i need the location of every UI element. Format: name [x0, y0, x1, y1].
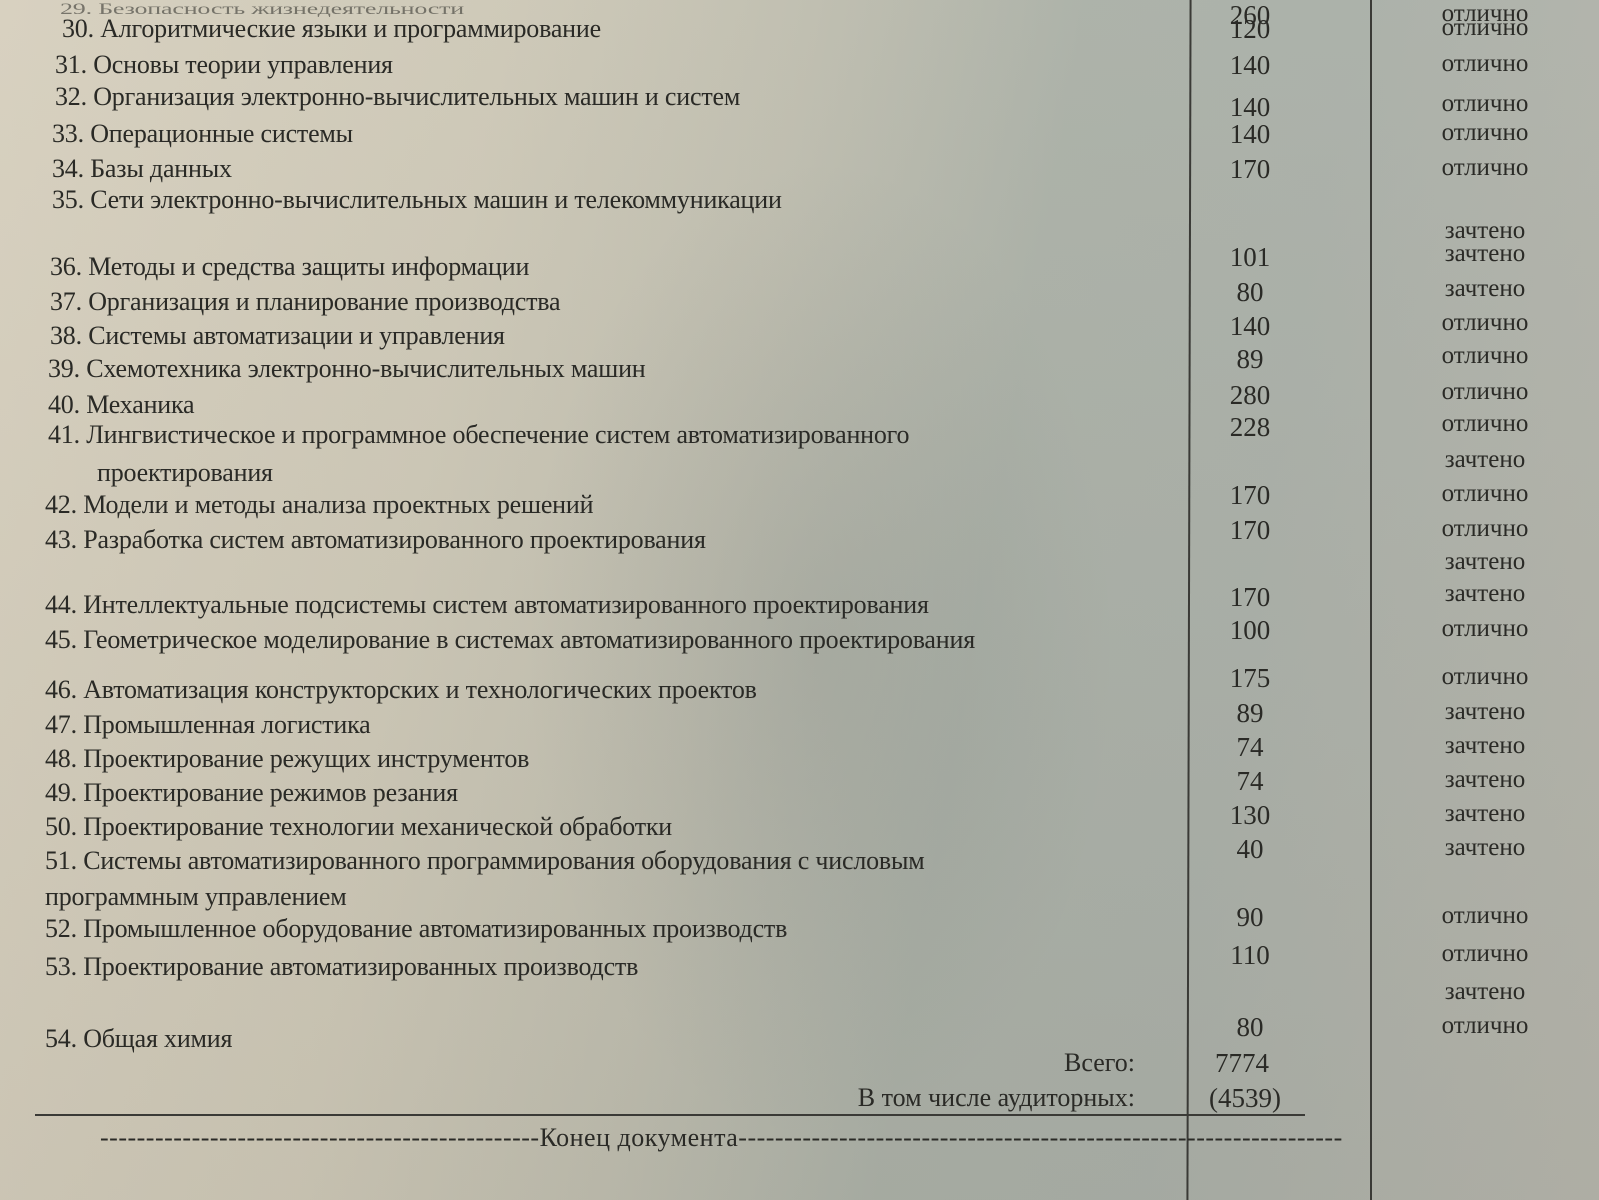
subject-grade: зачтено — [1420, 548, 1550, 576]
subject-hours: 140 — [1190, 311, 1310, 342]
subject-name: 36. Методы и средства защиты информации — [50, 252, 529, 282]
subject-grade: зачтено — [1420, 580, 1550, 608]
subject-grade: зачтено — [1420, 834, 1550, 862]
subject-name: 42. Модели и методы анализа проектных ре… — [45, 490, 593, 520]
subject-name: 35. Сети электронно-вычислительных машин… — [52, 185, 782, 215]
subject-hours: 140 — [1190, 119, 1310, 150]
subject-hours: 100 — [1190, 615, 1310, 646]
subject-hours: 175 — [1190, 663, 1310, 694]
subject-grade: отлично — [1420, 378, 1550, 406]
subject-name: 45. Геометрическое моделирование в систе… — [45, 625, 975, 655]
subject-hours: 40 — [1190, 834, 1310, 865]
subject-name: 51. Системы автоматизированного программ… — [45, 846, 925, 876]
table-row: 48. Проектирование режущих инструментов7… — [0, 744, 1599, 780]
total-label: Всего: — [735, 1048, 1135, 1078]
classroom-hours-label: В том числе аудиторных: — [735, 1083, 1135, 1113]
subject-grade: отлично — [1420, 615, 1550, 643]
subject-grade: отлично — [1420, 410, 1550, 438]
subject-hours: 140 — [1190, 50, 1310, 81]
subject-name: 30. Алгоритмические языки и программиров… — [62, 14, 601, 44]
table-row: 46. Автоматизация конструкторских и техн… — [0, 675, 1599, 711]
table-row: 42. Модели и методы анализа проектных ре… — [0, 490, 1599, 526]
subject-hours: 170 — [1190, 480, 1310, 511]
subject-grade: отлично — [1420, 14, 1550, 42]
subject-hours: 101 — [1190, 242, 1310, 273]
subject-hours: 120 — [1190, 14, 1310, 45]
subject-grade: отлично — [1420, 902, 1550, 930]
subject-name: 32. Организация электронно-вычислительны… — [55, 82, 740, 112]
subject-name: 53. Проектирование автоматизированных пр… — [45, 952, 638, 982]
end-of-document-marker: ----------------------------------------… — [100, 1123, 1343, 1153]
table-row: 49. Проектирование режимов резания74зачт… — [0, 778, 1599, 814]
table-row: 32. Организация электронно-вычислительны… — [0, 82, 1599, 118]
subject-hours: 90 — [1190, 902, 1310, 933]
subject-grade: зачтено — [1420, 766, 1550, 794]
table-row: 39. Схемотехника электронно-вычислительн… — [0, 354, 1599, 390]
table-row: 31. Основы теории управления140отлично — [0, 50, 1599, 86]
subject-name: 41. Лингвистическое и программное обеспе… — [48, 420, 909, 450]
subject-grade: зачтено — [1420, 698, 1550, 726]
subject-hours: 228 — [1190, 412, 1310, 443]
subject-name: 47. Промышленная логистика — [45, 710, 371, 740]
table-row: 38. Системы автоматизации и управления14… — [0, 321, 1599, 357]
subject-grade: отлично — [1420, 515, 1550, 543]
subject-hours: 89 — [1190, 698, 1310, 729]
table-row: зачтено — [0, 990, 1599, 1026]
table-row: 45. Геометрическое моделирование в систе… — [0, 625, 1599, 661]
subject-name: 37. Организация и планирование производс… — [50, 287, 560, 317]
subject-grade: отлично — [1420, 1012, 1550, 1040]
subject-grade: отлично — [1420, 119, 1550, 147]
table-row: 35. Сети электронно-вычислительных машин… — [0, 185, 1599, 221]
subject-name: 31. Основы теории управления — [55, 50, 393, 80]
subject-name: 49. Проектирование режимов резания — [45, 778, 458, 808]
subject-grade: зачтено — [1420, 732, 1550, 760]
subject-name: 39. Схемотехника электронно-вычислительн… — [48, 354, 646, 384]
subject-hours: 170 — [1190, 582, 1310, 613]
subject-name: проектирования — [97, 458, 273, 488]
subject-hours: 74 — [1190, 732, 1310, 763]
subject-name: 52. Промышленное оборудование автоматизи… — [45, 914, 787, 944]
subject-hours: 170 — [1190, 154, 1310, 185]
table-row: 37. Организация и планирование производс… — [0, 287, 1599, 323]
table-row: 52. Промышленное оборудование автоматизи… — [0, 914, 1599, 950]
table-row: 47. Промышленная логистика89зачтено — [0, 710, 1599, 746]
subject-name: 46. Автоматизация конструкторских и техн… — [45, 675, 757, 705]
subject-grade: отлично — [1420, 663, 1550, 691]
table-row: 33. Операционные системы140отлично — [0, 119, 1599, 155]
subject-name: 44. Интеллектуальные подсистемы систем а… — [45, 590, 929, 620]
subject-grade: отлично — [1420, 90, 1550, 118]
table-row: 50. Проектирование технологии механическ… — [0, 812, 1599, 848]
total-value: 7774 — [1182, 1048, 1302, 1079]
subject-name: 48. Проектирование режущих инструментов — [45, 744, 529, 774]
totals-underline — [35, 1114, 1305, 1116]
subject-hours: 74 — [1190, 766, 1310, 797]
table-row: 41. Лингвистическое и программное обеспе… — [0, 420, 1599, 456]
subject-grade: отлично — [1420, 480, 1550, 508]
table-row: 30. Алгоритмические языки и программиров… — [0, 14, 1599, 50]
subject-grade: отлично — [1420, 309, 1550, 337]
subject-grade: зачтено — [1420, 978, 1550, 1006]
subject-name: 40. Механика — [48, 390, 194, 420]
subject-hours: 280 — [1190, 380, 1310, 411]
subject-hours: 130 — [1190, 800, 1310, 831]
subject-grade: отлично — [1420, 50, 1550, 78]
table-row: проектированиязачтено — [0, 458, 1599, 494]
subject-name: программным управлением — [45, 882, 346, 912]
subject-name: 54. Общая химия — [45, 1024, 232, 1054]
table-row: 51. Системы автоматизированного программ… — [0, 846, 1599, 882]
subject-grade: зачтено — [1420, 275, 1550, 303]
subject-grade: зачтено — [1420, 240, 1550, 268]
subject-hours: 110 — [1190, 940, 1310, 971]
table-row: 44. Интеллектуальные подсистемы систем а… — [0, 590, 1599, 626]
subject-name: 43. Разработка систем автоматизированног… — [45, 525, 706, 555]
subject-hours: 80 — [1190, 277, 1310, 308]
subject-grade: зачтено — [1420, 446, 1550, 474]
subject-name: 34. Базы данных — [52, 154, 232, 184]
subject-grade: зачтено — [1420, 800, 1550, 828]
subject-name: 50. Проектирование технологии механическ… — [45, 812, 672, 842]
subject-name: 33. Операционные системы — [52, 119, 353, 149]
table-row: 43. Разработка систем автоматизированног… — [0, 525, 1599, 561]
subject-grade: отлично — [1420, 342, 1550, 370]
subject-grade: отлично — [1420, 154, 1550, 182]
classroom-hours-value: (4539) — [1185, 1083, 1305, 1114]
subject-name: 38. Системы автоматизации и управления — [50, 321, 505, 351]
table-row: 36. Методы и средства защиты информации1… — [0, 252, 1599, 288]
subject-hours: 170 — [1190, 515, 1310, 546]
table-row: 53. Проектирование автоматизированных пр… — [0, 952, 1599, 988]
subject-hours: 89 — [1190, 344, 1310, 375]
subject-hours: 80 — [1190, 1012, 1310, 1043]
subject-grade: отлично — [1420, 940, 1550, 968]
table-row: программным управлением — [0, 882, 1599, 918]
